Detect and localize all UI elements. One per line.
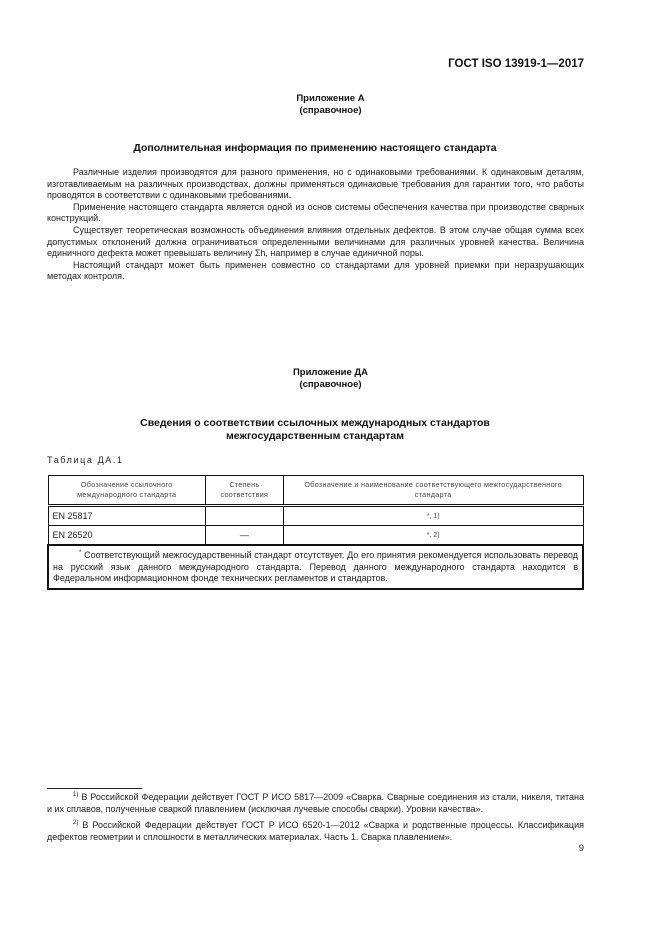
- footnote-marker: 1): [73, 792, 78, 798]
- footnote: 2) В Российской Федерации действует ГОСТ…: [47, 818, 584, 843]
- appendix-a-heading: Дополнительная информация по применению …: [0, 142, 630, 155]
- appendix-da-heading-line2: межгосударственным стандартам: [0, 430, 630, 443]
- appendix-a-title: Приложение А: [0, 93, 661, 105]
- footnote-text: В Российской Федерации действует ГОСТ Р …: [47, 792, 584, 814]
- footnote-divider: [47, 788, 142, 789]
- note-text: Соответствующий межгосударственный станд…: [53, 550, 578, 583]
- column-header: Обозначение и наименование соответствующ…: [283, 476, 583, 506]
- degree-cell: —: [205, 526, 283, 546]
- national-standard-cell: *, 2): [283, 526, 583, 546]
- page-number: 9: [560, 843, 584, 854]
- table-note: * Соответствующий межгосударственный ста…: [48, 545, 583, 589]
- standard-cell: EN 25817: [48, 506, 205, 526]
- table-row: EN 25817 *, 1): [48, 506, 583, 526]
- table-caption: Таблица ДА.1: [47, 455, 124, 465]
- table-note-row: * Соответствующий межгосударственный ста…: [48, 545, 583, 589]
- appendix-da-subtitle: (справочное): [0, 379, 661, 391]
- appendix-da-title: Приложение ДА: [0, 367, 661, 379]
- document-code: ГОСТ ISO 13919-1—2017: [380, 58, 584, 70]
- appendix-a-body: Различные изделия производятся для разно…: [47, 167, 584, 283]
- footnote-marker: 2): [73, 820, 78, 826]
- table-row: EN 26520 — *, 2): [48, 526, 583, 546]
- paragraph: Различные изделия производятся для разно…: [47, 167, 584, 202]
- table-header-row: Обозначение ссылочного международного ст…: [48, 476, 583, 506]
- appendix-da-heading-line1: Сведения о соответствии ссылочных междун…: [0, 417, 630, 430]
- column-header: Обозначение ссылочного международного ст…: [48, 476, 205, 506]
- footnote: 1) В Российской Федерации действует ГОСТ…: [47, 790, 584, 815]
- footnote-text: В Российской Федерации действует ГОСТ Р …: [47, 820, 584, 842]
- note-marker: *: [79, 550, 81, 556]
- degree-cell: [205, 506, 283, 526]
- column-header: Степень соответствия: [205, 476, 283, 506]
- paragraph: Настоящий стандарт может быть применен с…: [47, 260, 584, 283]
- paragraph: Применение настоящего стандарта является…: [47, 202, 584, 225]
- footnotes: 1) В Российской Федерации действует ГОСТ…: [47, 790, 584, 846]
- standard-cell: EN 26520: [48, 526, 205, 546]
- national-standard-cell: *, 1): [283, 506, 583, 526]
- paragraph: Существует теоретическая возможность объ…: [47, 225, 584, 260]
- appendix-a-subtitle: (справочное): [0, 105, 661, 117]
- correspondence-table: Обозначение ссылочного международного ст…: [47, 475, 584, 590]
